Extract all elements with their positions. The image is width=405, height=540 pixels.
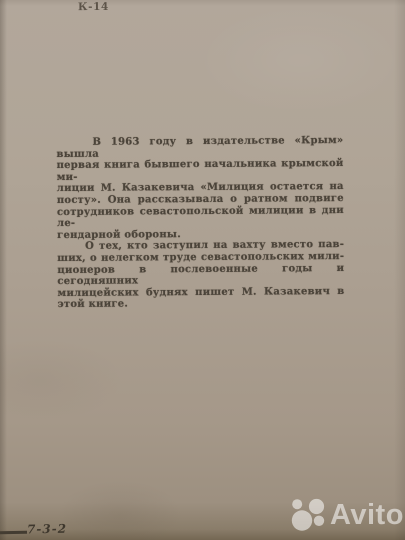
text-line: ционеров в послевоенные годы и сегодняшн… <box>57 263 344 288</box>
avito-watermark-label: Avito <box>330 497 404 533</box>
catalog-code-top: К-14 <box>78 1 109 13</box>
text-line: сотрудников севастопольской милиции в дн… <box>57 205 344 230</box>
catalog-code-bottom: 7-3-2 <box>27 522 67 537</box>
page-edge-mark <box>0 531 27 534</box>
text-line: милицейских буднях пишет М. Казакевич в <box>57 286 344 300</box>
avito-logo-icon <box>291 497 327 533</box>
top-edge-shadow <box>0 0 405 6</box>
text-line: первая книга бывшего начальника крымской… <box>57 158 344 183</box>
annotation-text-block: В 1963 году в издательстве «Крым» вышла … <box>56 135 344 311</box>
text-line: В 1963 году в издательстве «Крым» вышла <box>56 135 343 160</box>
avito-watermark: Avito <box>291 497 404 533</box>
book-page-photo: К-14 В 1963 году в издательстве «Крым» в… <box>0 0 405 540</box>
text-line: этой книге. <box>58 297 345 311</box>
